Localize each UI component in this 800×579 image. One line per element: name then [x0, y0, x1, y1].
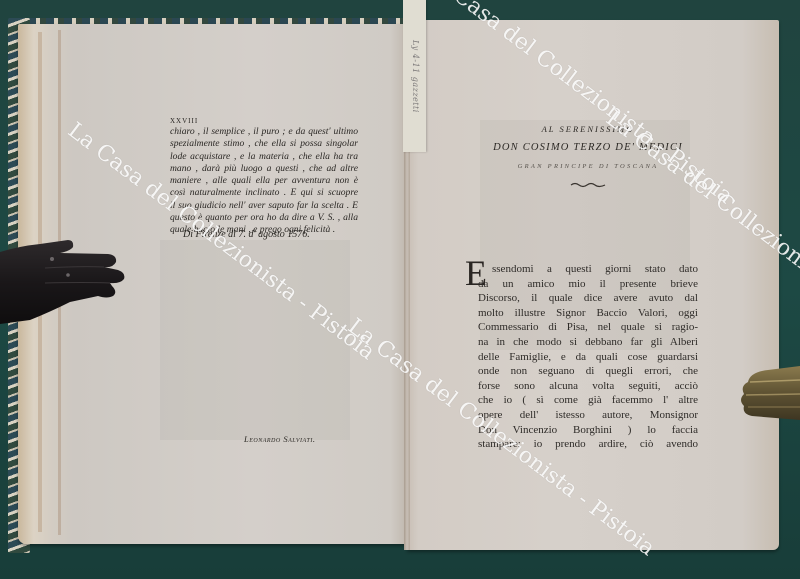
photo-scene: Ly 4-11 gazzetti XXVIII chiaro , il semp…: [0, 0, 800, 579]
text-line: Commessario di Pisa, nel quale si ragio-: [478, 320, 698, 335]
text-line: maniere , alle quali ella per avventura …: [170, 175, 358, 187]
text-line: spezialmente stimo , che ella si possa s…: [170, 138, 358, 150]
left-mannequin-hand: [0, 238, 130, 328]
text-line: delle Famiglie, e da quali cose guardars…: [478, 350, 698, 365]
ornament-icon: [570, 182, 606, 188]
text-line: opere dell' istesso autore, Monsignor: [478, 408, 698, 423]
signature: Leonardo Salviati.: [244, 434, 315, 444]
right-page-text: ssendomi a questi giorni stato dato da u…: [478, 262, 698, 452]
text-line: lode acquistare , e la materia , che ell…: [170, 151, 358, 163]
bookmark-handwriting: Ly 4-11 gazzetti: [411, 40, 420, 113]
text-line: ssendomi a questi giorni stato dato: [478, 262, 698, 277]
text-line: chiaro , il semplice , il puro ; e da qu…: [170, 126, 358, 138]
text-line: forse sono alcuna volta seguiti, acciò: [478, 379, 698, 394]
text-line: che io ( sì come già facemmo l' altre: [478, 393, 698, 408]
text-line: da un amico mio il presente brieve: [478, 277, 698, 292]
text-line: così naturalmente inclinato . E qui si s…: [170, 187, 358, 199]
text-line: Discorso, il quale dice avere avuto dal: [478, 291, 698, 306]
dedication-heading-line1: AL SERENISSIMO: [478, 124, 698, 134]
text-line: onde non seguano di quegli errori, che: [478, 364, 698, 379]
text-line: molto illustre Signor Baccio Valori, ogg…: [478, 306, 698, 321]
page-number: XXVIII: [170, 117, 358, 125]
text-line: na in che modo si debbano far gli Alberi: [478, 335, 698, 350]
text-line: mano , darà più luogo a questi , che ad …: [170, 163, 358, 175]
right-mannequin-hand: [738, 358, 800, 428]
